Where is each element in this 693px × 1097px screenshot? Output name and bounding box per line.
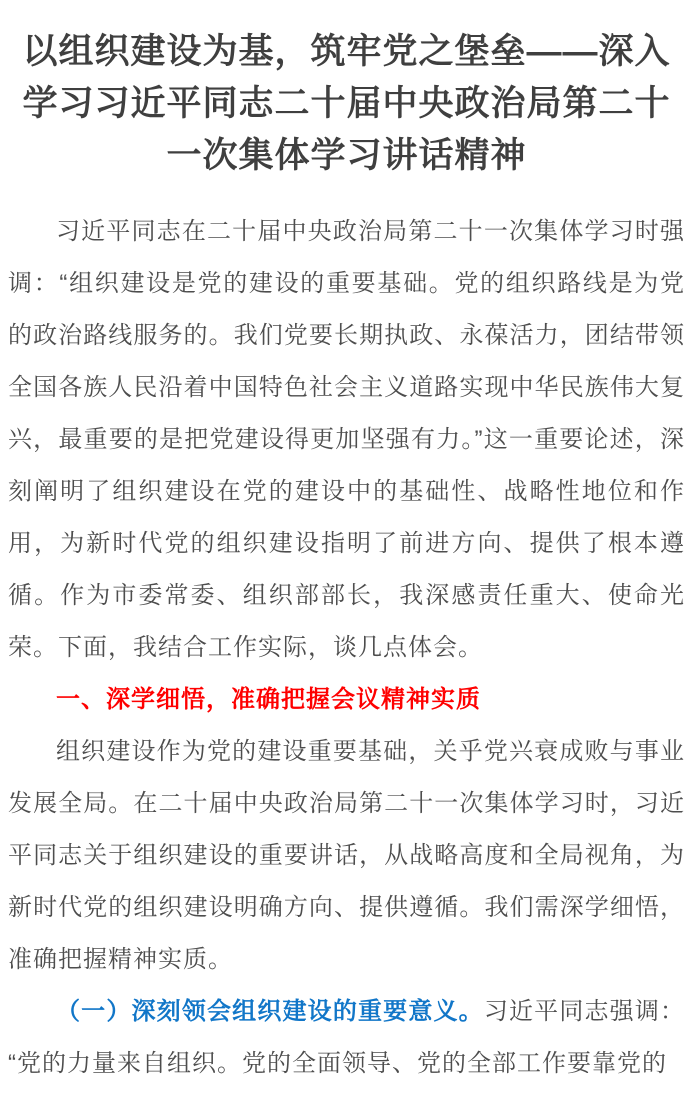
subsection-1-heading: （一）深刻领会组织建设的重要意义。 <box>56 998 484 1025</box>
intro-paragraph: 习近平同志在二十届中央政治局第二十一次集体学习时强调：“组织建设是党的建设的重要… <box>8 206 685 674</box>
section-1-paragraph: 组织建设作为党的建设重要基础，关乎党兴衰成败与事业发展全局。在二十届中央政治局第… <box>8 726 685 986</box>
article-page: 以组织建设为基，筑牢党之堡垒——深入学习习近平同志二十届中央政治局第二十一次集体… <box>0 0 693 1097</box>
article-title: 以组织建设为基，筑牢党之堡垒——深入学习习近平同志二十届中央政治局第二十一次集体… <box>8 26 685 182</box>
subsection-1-paragraph: （一）深刻领会组织建设的重要意义。习近平同志强调：“党的力量来自组织。党的全面领… <box>8 986 685 1090</box>
section-1-heading: 一、深学细悟，准确把握会议精神实质 <box>8 674 685 726</box>
